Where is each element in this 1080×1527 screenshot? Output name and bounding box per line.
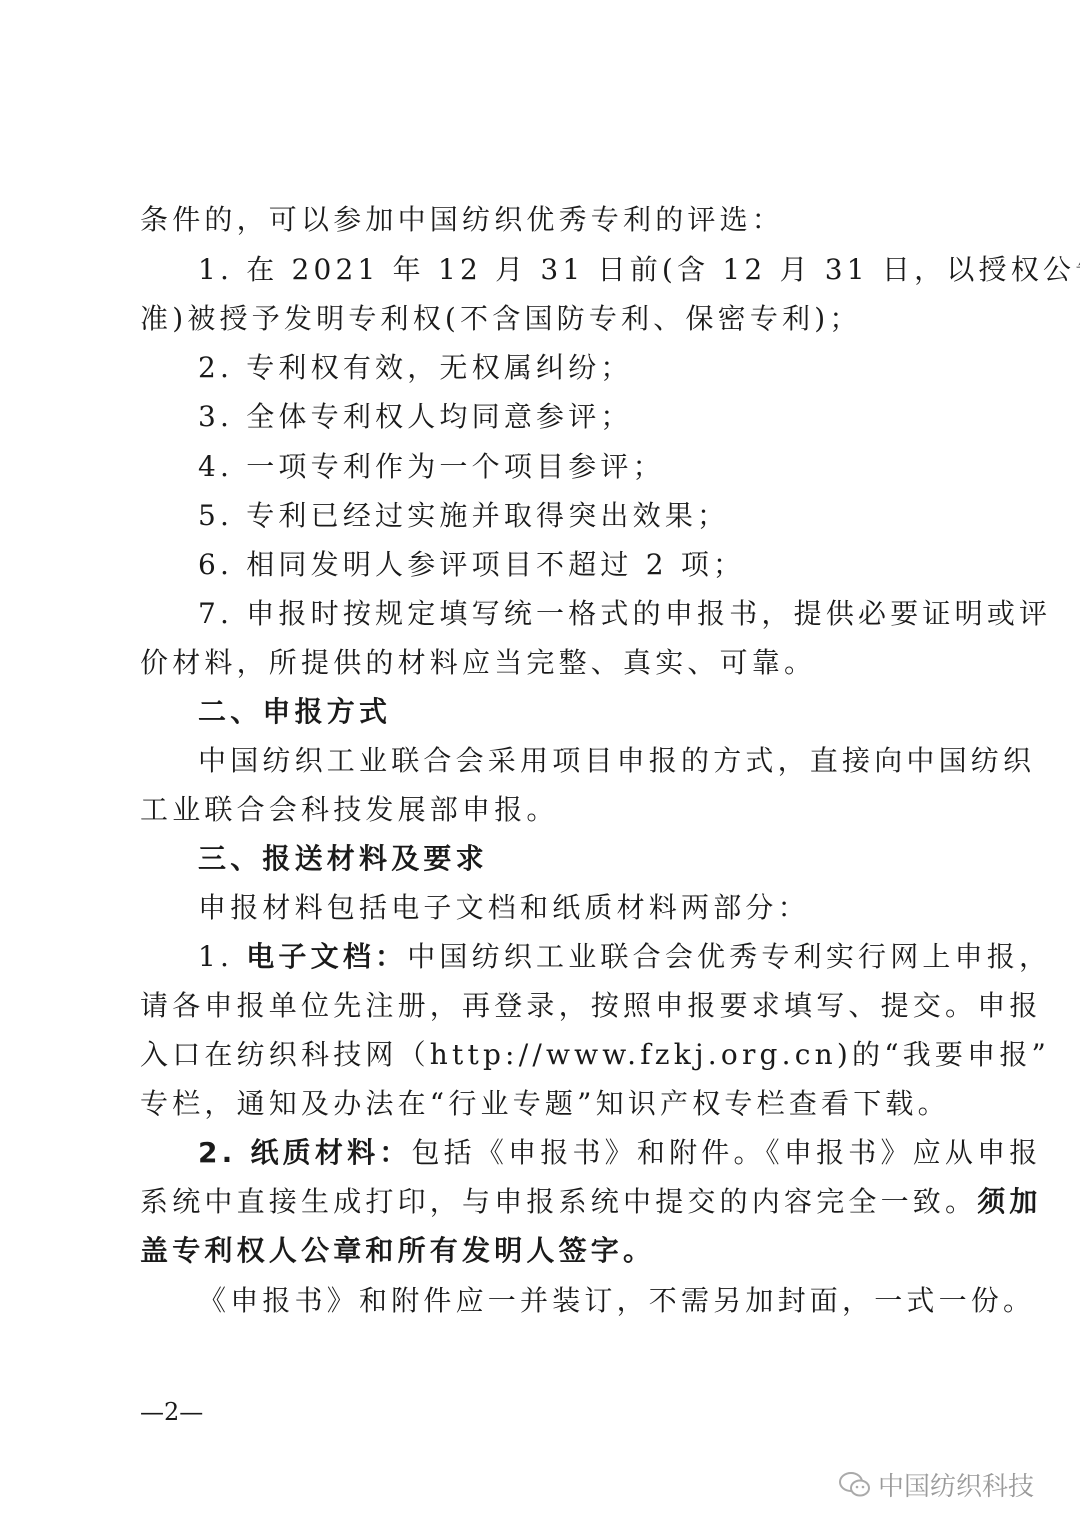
criterion-7: 7. 申报时按规定填写统一格式的申报书，提供必要证明或评 xyxy=(198,594,1051,634)
page-number: —2— xyxy=(140,1398,203,1426)
criterion-6: 6. 相同发明人参评项目不超过 2 项； xyxy=(198,545,745,585)
wechat-icon xyxy=(838,1470,872,1500)
paragraph-line: 中国纺织工业联合会采用项目申报的方式，直接向中国纺织 xyxy=(198,741,1035,781)
item-electronic-docs: 1. 电子文档：中国纺织工业联合会优秀专利实行网上申报， xyxy=(198,937,1051,977)
criterion-4: 4. 一项专利作为一个项目参评； xyxy=(198,447,665,487)
watermark: 中国纺织科技 xyxy=(838,1466,1034,1503)
emphasis-text: 须加 xyxy=(977,1185,1041,1218)
criterion-2: 2. 专利权有效，无权属纠纷； xyxy=(198,348,633,388)
section-heading-2: 二、申报方式 xyxy=(198,692,391,732)
criterion-1: 1. 在 2021 年 12 月 31 日前(含 12 月 31 日，以授权公告… xyxy=(198,250,1080,290)
paragraph-line: 请各申报单位先注册，再登录，按照申报要求填写、提交。申报 xyxy=(140,986,1042,1026)
item-text: 包括《申报书》和附件。《申报书》应从申报 xyxy=(411,1136,1041,1169)
paragraph-line: 系统中直接生成打印，与申报系统中提交的内容完全一致。须加 xyxy=(140,1182,1042,1222)
section-heading-3: 三、报送材料及要求 xyxy=(198,839,488,879)
emphasis-line: 盖专利权人公章和所有发明人签字。 xyxy=(140,1231,655,1271)
item-paper-materials: 2. 纸质材料：包括《申报书》和附件。《申报书》应从申报 xyxy=(198,1133,1041,1173)
paragraph-line: 工业联合会科技发展部申报。 xyxy=(140,790,559,830)
paragraph-line: 条件的，可以参加中国纺织优秀专利的评选： xyxy=(140,200,784,240)
paragraph-line-url: 入口在纺织科技网（http://www.fzkj.org.cn)的“我要申报” xyxy=(140,1035,1050,1075)
paragraph-line: 《申报书》和附件应一并装订，不需另加封面，一式一份。 xyxy=(198,1281,1035,1321)
paragraph-line: 价材料，所提供的材料应当完整、真实、可靠。 xyxy=(140,643,816,683)
watermark-text: 中国纺织科技 xyxy=(878,1466,1034,1503)
item-text: 系统中直接生成打印，与申报系统中提交的内容完全一致。 xyxy=(140,1185,977,1218)
paragraph-line: 准)被授予发明专利权(不含国防专利、保密专利)； xyxy=(140,299,862,339)
item-text: 中国纺织工业联合会优秀专利实行网上申报， xyxy=(407,940,1051,973)
criterion-3: 3. 全体专利权人均同意参评； xyxy=(198,397,633,437)
paragraph-line: 申报材料包括电子文档和纸质材料两部分： xyxy=(198,888,810,928)
criterion-5: 5. 专利已经过实施并取得突出效果； xyxy=(198,496,729,536)
item-label-bold: 2. 纸质材料： xyxy=(198,1136,411,1169)
item-number: 1. xyxy=(198,940,246,973)
item-label-bold: 电子文档： xyxy=(246,940,407,973)
paragraph-line: 专栏，通知及办法在“行业专题”知识产权专栏查看下载。 xyxy=(140,1084,950,1124)
